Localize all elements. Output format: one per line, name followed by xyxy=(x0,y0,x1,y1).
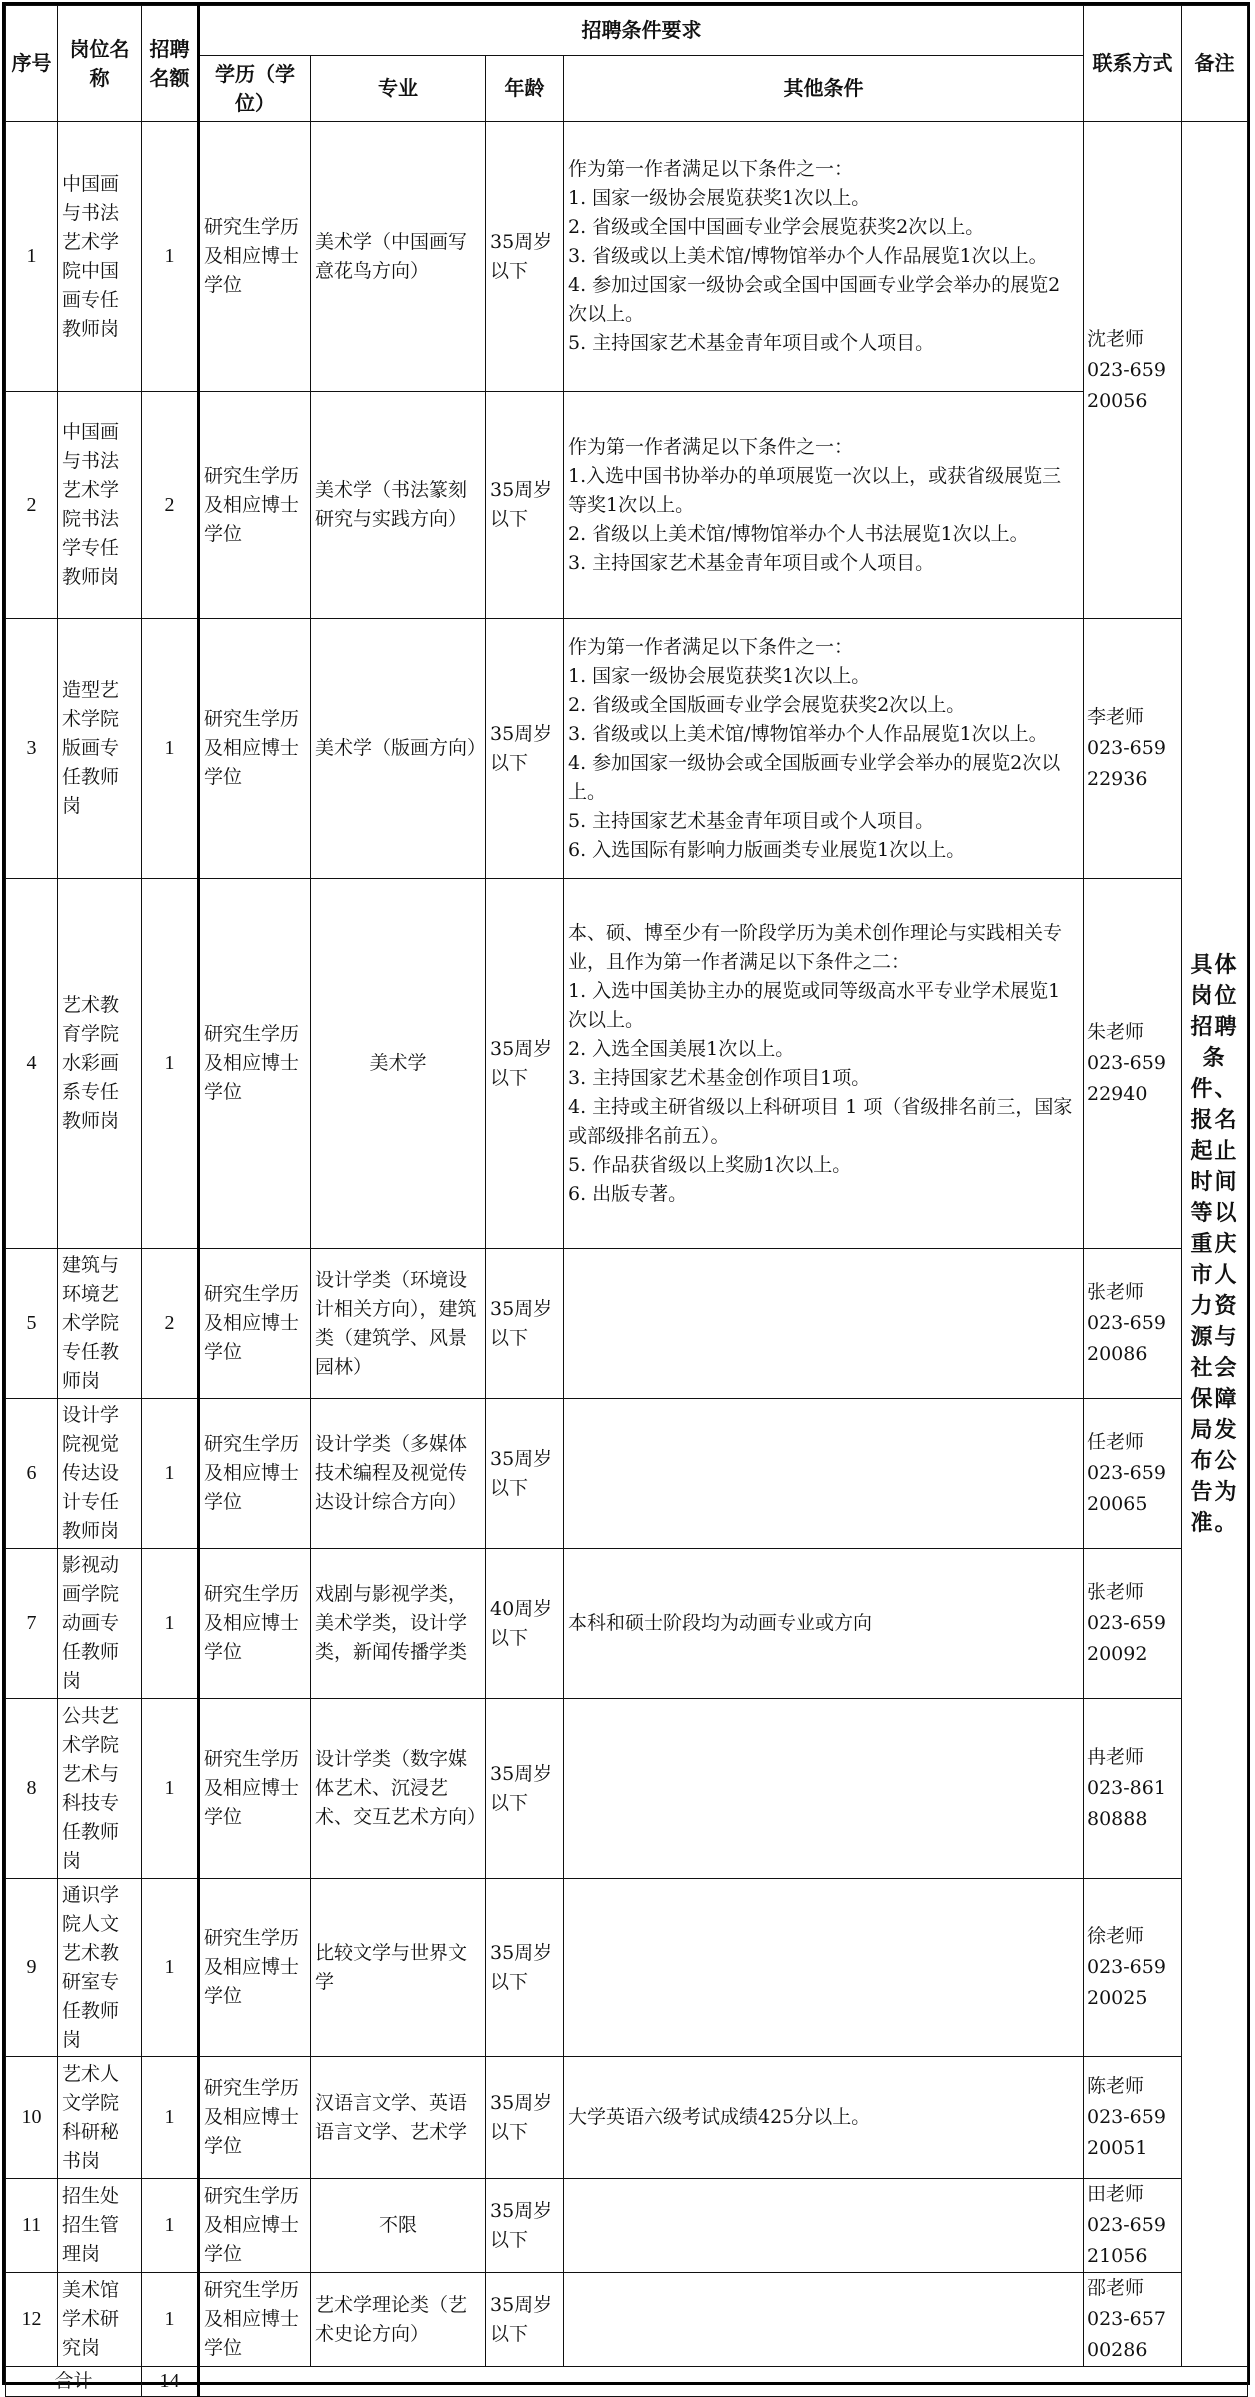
cell-major: 美术学（中国画写意花鸟方向） xyxy=(311,122,486,392)
cell-contact: 邵老师023-65700286 xyxy=(1084,2273,1182,2367)
contact-name: 邵老师 xyxy=(1087,2273,1177,2304)
cell-contact: 任老师023-65920065 xyxy=(1084,1399,1182,1549)
cell-contact: 陈老师023-65920051 xyxy=(1084,2057,1182,2179)
table-row: 1中国画与书法艺术学院中国画专任教师岗1研究生学历及相应博士学位美术学（中国画写… xyxy=(6,122,1248,392)
table-row: 7影视动画学院动画专任教师岗1研究生学历及相应博士学位戏剧与影视学类，美术学类，… xyxy=(6,1549,1248,1699)
cell-position: 建筑与环境艺术学院专任教师岗 xyxy=(58,1249,142,1399)
cell-age: 40周岁以下 xyxy=(486,1549,564,1699)
cell-education: 研究生学历及相应博士学位 xyxy=(199,1879,311,2057)
cell-quota: 2 xyxy=(142,1249,199,1399)
cell-contact: 田老师023-65921056 xyxy=(1084,2179,1182,2273)
cell-education: 研究生学历及相应博士学位 xyxy=(199,2179,311,2273)
contact-name: 李老师 xyxy=(1087,702,1177,733)
cell-other-conditions xyxy=(564,2273,1084,2367)
cell-other-conditions xyxy=(564,1399,1084,1549)
cell-quota: 1 xyxy=(142,879,199,1249)
contact-phone: 023-65920051 xyxy=(1087,2102,1177,2164)
condition-line: 2. 省级或全国中国画专业学会展览获奖2次以上。 xyxy=(568,213,1077,242)
cell-seq: 10 xyxy=(6,2057,58,2179)
condition-line: 1. 国家一级协会展览获奖1次以上。 xyxy=(568,184,1077,213)
cell-contact: 沈老师023-65920056 xyxy=(1084,122,1182,619)
condition-line: 2. 入选全国美展1次以上。 xyxy=(568,1035,1077,1064)
cell-seq: 5 xyxy=(6,1249,58,1399)
cell-age: 35周岁以下 xyxy=(486,1699,564,1879)
cell-position: 设计学院视觉传达设计专任教师岗 xyxy=(58,1399,142,1549)
contact-name: 陈老师 xyxy=(1087,2071,1177,2102)
condition-line: 5. 主持国家艺术基金青年项目或个人项目。 xyxy=(568,329,1077,358)
cell-seq: 9 xyxy=(6,1879,58,2057)
cell-major: 比较文学与世界文学 xyxy=(311,1879,486,2057)
cell-other-conditions: 本、硕、博至少有一阶段学历为美术创作理论与实践相关专业，且作为第一作者满足以下条… xyxy=(564,879,1084,1249)
table-row: 9通识学院人文艺术教研室专任教师岗1研究生学历及相应博士学位比较文学与世界文学3… xyxy=(6,1879,1248,2057)
condition-line: 本科和硕士阶段均为动画专业或方向 xyxy=(568,1609,1077,1638)
cell-age: 35周岁以下 xyxy=(486,2273,564,2367)
cell-age: 35周岁以下 xyxy=(486,392,564,619)
cell-contact: 冉老师023-86180888 xyxy=(1084,1699,1182,1879)
cell-seq: 6 xyxy=(6,1399,58,1549)
cell-education: 研究生学历及相应博士学位 xyxy=(199,2273,311,2367)
cell-age: 35周岁以下 xyxy=(486,1399,564,1549)
cell-other-conditions xyxy=(564,1879,1084,2057)
cell-other-conditions: 作为第一作者满足以下条件之一：1.入选中国书协举办的单项展览一次以上，或获省级展… xyxy=(564,392,1084,619)
cell-age: 35周岁以下 xyxy=(486,2057,564,2179)
contact-phone: 023-86180888 xyxy=(1087,1773,1177,1835)
cell-position: 通识学院人文艺术教研室专任教师岗 xyxy=(58,1879,142,2057)
cell-education: 研究生学历及相应博士学位 xyxy=(199,392,311,619)
cell-age: 35周岁以下 xyxy=(486,619,564,879)
cell-education: 研究生学历及相应博士学位 xyxy=(199,1549,311,1699)
contact-phone: 023-65920065 xyxy=(1087,1458,1177,1520)
cell-quota: 1 xyxy=(142,2179,199,2273)
cell-major: 戏剧与影视学类，美术学类，设计学类，新闻传播学类 xyxy=(311,1549,486,1699)
cell-contact: 徐老师023-65920025 xyxy=(1084,1879,1182,2057)
table-row: 8公共艺术学院艺术与科技专任教师岗1研究生学历及相应博士学位设计学类（数字媒体艺… xyxy=(6,1699,1248,1879)
cell-major: 设计学类（数字媒体艺术、沉浸艺术、交互艺术方向） xyxy=(311,1699,486,1879)
cell-remark: 具体岗位招聘条件、报名起止时间等以重庆市人力资源与社会保障局发布公告为准。 xyxy=(1182,122,1248,2367)
cell-position: 艺术教育学院水彩画系专任教师岗 xyxy=(58,879,142,1249)
condition-line: 3. 省级或以上美术馆/博物馆举办个人作品展览1次以上。 xyxy=(568,720,1077,749)
cell-seq: 11 xyxy=(6,2179,58,2273)
recruitment-table: 序号 岗位名称 招聘名额 招聘条件要求 联系方式 备注 学历（学位） 专业 年龄… xyxy=(5,5,1248,2390)
condition-line: 本、硕、博至少有一阶段学历为美术创作理论与实践相关专业，且作为第一作者满足以下条… xyxy=(568,919,1077,977)
contact-phone: 023-65920092 xyxy=(1087,1608,1177,1670)
cell-other-conditions: 作为第一作者满足以下条件之一：1. 国家一级协会展览获奖1次以上。2. 省级或全… xyxy=(564,619,1084,879)
cell-age: 35周岁以下 xyxy=(486,1879,564,2057)
cell-position: 造型艺术学院版画专任教师岗 xyxy=(58,619,142,879)
table-row: 5建筑与环境艺术学院专任教师岗2研究生学历及相应博士学位设计学类（环境设计相关方… xyxy=(6,1249,1248,1399)
contact-phone: 023-65920056 xyxy=(1087,355,1177,417)
contact-name: 田老师 xyxy=(1087,2179,1177,2210)
condition-line: 6. 出版专著。 xyxy=(568,1180,1077,1209)
table-row: 10艺术人文学院科研秘书岗1研究生学历及相应博士学位汉语言文学、英语语言文学、艺… xyxy=(6,2057,1248,2179)
table-row: 11招生处招生管理岗1研究生学历及相应博士学位不限35周岁以下田老师023-65… xyxy=(6,2179,1248,2273)
contact-name: 任老师 xyxy=(1087,1427,1177,1458)
header-contact: 联系方式 xyxy=(1084,6,1182,122)
total-value: 14 xyxy=(142,2367,199,2391)
header-seq: 序号 xyxy=(6,6,58,122)
header-age: 年龄 xyxy=(486,56,564,122)
cell-other-conditions xyxy=(564,2179,1084,2273)
contact-name: 沈老师 xyxy=(1087,324,1177,355)
header-position: 岗位名称 xyxy=(58,6,142,122)
cell-major: 艺术学理论类（艺术史论方向） xyxy=(311,2273,486,2367)
cell-education: 研究生学历及相应博士学位 xyxy=(199,1249,311,1399)
cell-major: 美术学 xyxy=(311,879,486,1249)
condition-line: 4. 主持或主研省级以上科研项目 1 项（省级排名前三，国家或部级排名前五）。 xyxy=(568,1093,1077,1151)
cell-seq: 7 xyxy=(6,1549,58,1699)
contact-phone: 023-65922940 xyxy=(1087,1048,1177,1110)
cell-education: 研究生学历及相应博士学位 xyxy=(199,619,311,879)
cell-position: 艺术人文学院科研秘书岗 xyxy=(58,2057,142,2179)
cell-other-conditions: 本科和硕士阶段均为动画专业或方向 xyxy=(564,1549,1084,1699)
cell-education: 研究生学历及相应博士学位 xyxy=(199,2057,311,2179)
contact-phone: 023-65922936 xyxy=(1087,733,1177,795)
cell-major: 美术学（书法篆刻研究与实践方向） xyxy=(311,392,486,619)
cell-education: 研究生学历及相应博士学位 xyxy=(199,122,311,392)
cell-position: 影视动画学院动画专任教师岗 xyxy=(58,1549,142,1699)
contact-phone: 023-65700286 xyxy=(1087,2304,1177,2366)
cell-major: 汉语言文学、英语语言文学、艺术学 xyxy=(311,2057,486,2179)
condition-line: 4. 参加国家一级协会或全国版画专业学会举办的展览2次以上。 xyxy=(568,749,1077,807)
cell-other-conditions xyxy=(564,1249,1084,1399)
cell-quota: 1 xyxy=(142,122,199,392)
contact-name: 张老师 xyxy=(1087,1577,1177,1608)
cell-quota: 1 xyxy=(142,1879,199,2057)
cell-contact: 张老师023-65920092 xyxy=(1084,1549,1182,1699)
condition-line: 作为第一作者满足以下条件之一： xyxy=(568,155,1077,184)
cell-quota: 2 xyxy=(142,392,199,619)
cell-quota: 1 xyxy=(142,2273,199,2367)
condition-line: 1. 国家一级协会展览获奖1次以上。 xyxy=(568,662,1077,691)
table-body: 1中国画与书法艺术学院中国画专任教师岗1研究生学历及相应博士学位美术学（中国画写… xyxy=(6,122,1248,2391)
cell-age: 35周岁以下 xyxy=(486,879,564,1249)
remark-text: 具体岗位招聘条件、报名起止时间等以重庆市人力资源与社会保障局发布公告为准。 xyxy=(1189,950,1241,1539)
condition-line: 2. 省级或全国版画专业学会展览获奖2次以上。 xyxy=(568,691,1077,720)
cell-major: 美术学（版画方向） xyxy=(311,619,486,879)
cell-seq: 8 xyxy=(6,1699,58,1879)
table-row: 4艺术教育学院水彩画系专任教师岗1研究生学历及相应博士学位美术学35周岁以下本、… xyxy=(6,879,1248,1249)
cell-quota: 1 xyxy=(142,1549,199,1699)
contact-name: 徐老师 xyxy=(1087,1921,1177,1952)
table-row: 6设计学院视觉传达设计专任教师岗1研究生学历及相应博士学位设计学类（多媒体技术编… xyxy=(6,1399,1248,1549)
header-requirements-group: 招聘条件要求 xyxy=(199,6,1084,56)
header-education: 学历（学位） xyxy=(199,56,311,122)
condition-line: 3. 主持国家艺术基金创作项目1项。 xyxy=(568,1064,1077,1093)
header-other: 其他条件 xyxy=(564,56,1084,122)
header-major: 专业 xyxy=(311,56,486,122)
cell-seq: 4 xyxy=(6,879,58,1249)
condition-line: 大学英语六级考试成绩425分以上。 xyxy=(568,2103,1077,2132)
contact-name: 张老师 xyxy=(1087,1277,1177,1308)
contact-phone: 023-65921056 xyxy=(1087,2210,1177,2272)
condition-line: 3. 主持国家艺术基金青年项目或个人项目。 xyxy=(568,549,1077,578)
cell-quota: 1 xyxy=(142,2057,199,2179)
cell-position: 美术馆学术研究岗 xyxy=(58,2273,142,2367)
cell-contact: 朱老师023-65922940 xyxy=(1084,879,1182,1249)
condition-line: 3. 省级或以上美术馆/博物馆举办个人作品展览1次以上。 xyxy=(568,242,1077,271)
contact-phone: 023-65920086 xyxy=(1087,1308,1177,1370)
total-row: 合计14 xyxy=(6,2367,1248,2391)
total-label: 合计 xyxy=(6,2367,142,2391)
condition-line: 1. 入选中国美协主办的展览或同等级高水平专业学术展览1次以上。 xyxy=(568,977,1077,1035)
cell-contact: 张老师023-65920086 xyxy=(1084,1249,1182,1399)
cell-seq: 12 xyxy=(6,2273,58,2367)
contact-phone: 023-65920025 xyxy=(1087,1952,1177,2014)
cell-age: 35周岁以下 xyxy=(486,1249,564,1399)
cell-other-conditions xyxy=(564,1699,1084,1879)
cell-major: 设计学类（环境设计相关方向），建筑类（建筑学、风景园林） xyxy=(311,1249,486,1399)
cell-age: 35周岁以下 xyxy=(486,2179,564,2273)
table-row: 2中国画与书法艺术学院书法学专任教师岗2研究生学历及相应博士学位美术学（书法篆刻… xyxy=(6,392,1248,619)
cell-seq: 1 xyxy=(6,122,58,392)
condition-line: 2. 省级以上美术馆/博物馆举办个人书法展览1次以上。 xyxy=(568,520,1077,549)
cell-major: 不限 xyxy=(311,2179,486,2273)
cell-education: 研究生学历及相应博士学位 xyxy=(199,1699,311,1879)
condition-line: 1.入选中国书协举办的单项展览一次以上，或获省级展览三等奖1次以上。 xyxy=(568,462,1077,520)
cell-major: 设计学类（多媒体技术编程及视觉传达设计综合方向） xyxy=(311,1399,486,1549)
condition-line: 6. 入选国际有影响力版画类专业展览1次以上。 xyxy=(568,836,1077,865)
condition-line: 5. 主持国家艺术基金青年项目或个人项目。 xyxy=(568,807,1077,836)
cell-education: 研究生学历及相应博士学位 xyxy=(199,879,311,1249)
recruitment-table-container: 序号 岗位名称 招聘名额 招聘条件要求 联系方式 备注 学历（学位） 专业 年龄… xyxy=(2,2,1250,2385)
header-remark: 备注 xyxy=(1182,6,1248,122)
cell-seq: 2 xyxy=(6,392,58,619)
cell-education: 研究生学历及相应博士学位 xyxy=(199,1399,311,1549)
contact-name: 朱老师 xyxy=(1087,1017,1177,1048)
condition-line: 5. 作品获省级以上奖励1次以上。 xyxy=(568,1151,1077,1180)
cell-seq: 3 xyxy=(6,619,58,879)
cell-position: 公共艺术学院艺术与科技专任教师岗 xyxy=(58,1699,142,1879)
cell-contact: 李老师023-65922936 xyxy=(1084,619,1182,879)
cell-quota: 1 xyxy=(142,1399,199,1549)
condition-line: 作为第一作者满足以下条件之一： xyxy=(568,633,1077,662)
cell-quota: 1 xyxy=(142,1699,199,1879)
cell-position: 招生处招生管理岗 xyxy=(58,2179,142,2273)
cell-other-conditions: 作为第一作者满足以下条件之一：1. 国家一级协会展览获奖1次以上。2. 省级或全… xyxy=(564,122,1084,392)
cell-other-conditions: 大学英语六级考试成绩425分以上。 xyxy=(564,2057,1084,2179)
header-quota: 招聘名额 xyxy=(142,6,199,122)
cell-position: 中国画与书法艺术学院书法学专任教师岗 xyxy=(58,392,142,619)
table-row: 3造型艺术学院版画专任教师岗1研究生学历及相应博士学位美术学（版画方向）35周岁… xyxy=(6,619,1248,879)
table-row: 12美术馆学术研究岗1研究生学历及相应博士学位艺术学理论类（艺术史论方向）35周… xyxy=(6,2273,1248,2367)
contact-name: 冉老师 xyxy=(1087,1742,1177,1773)
condition-line: 作为第一作者满足以下条件之一： xyxy=(568,433,1077,462)
cell-age: 35周岁以下 xyxy=(486,122,564,392)
total-empty xyxy=(199,2367,1248,2391)
cell-quota: 1 xyxy=(142,619,199,879)
cell-position: 中国画与书法艺术学院中国画专任教师岗 xyxy=(58,122,142,392)
condition-line: 4. 参加过国家一级协会或全国中国画专业学会举办的展览2次以上。 xyxy=(568,271,1077,329)
